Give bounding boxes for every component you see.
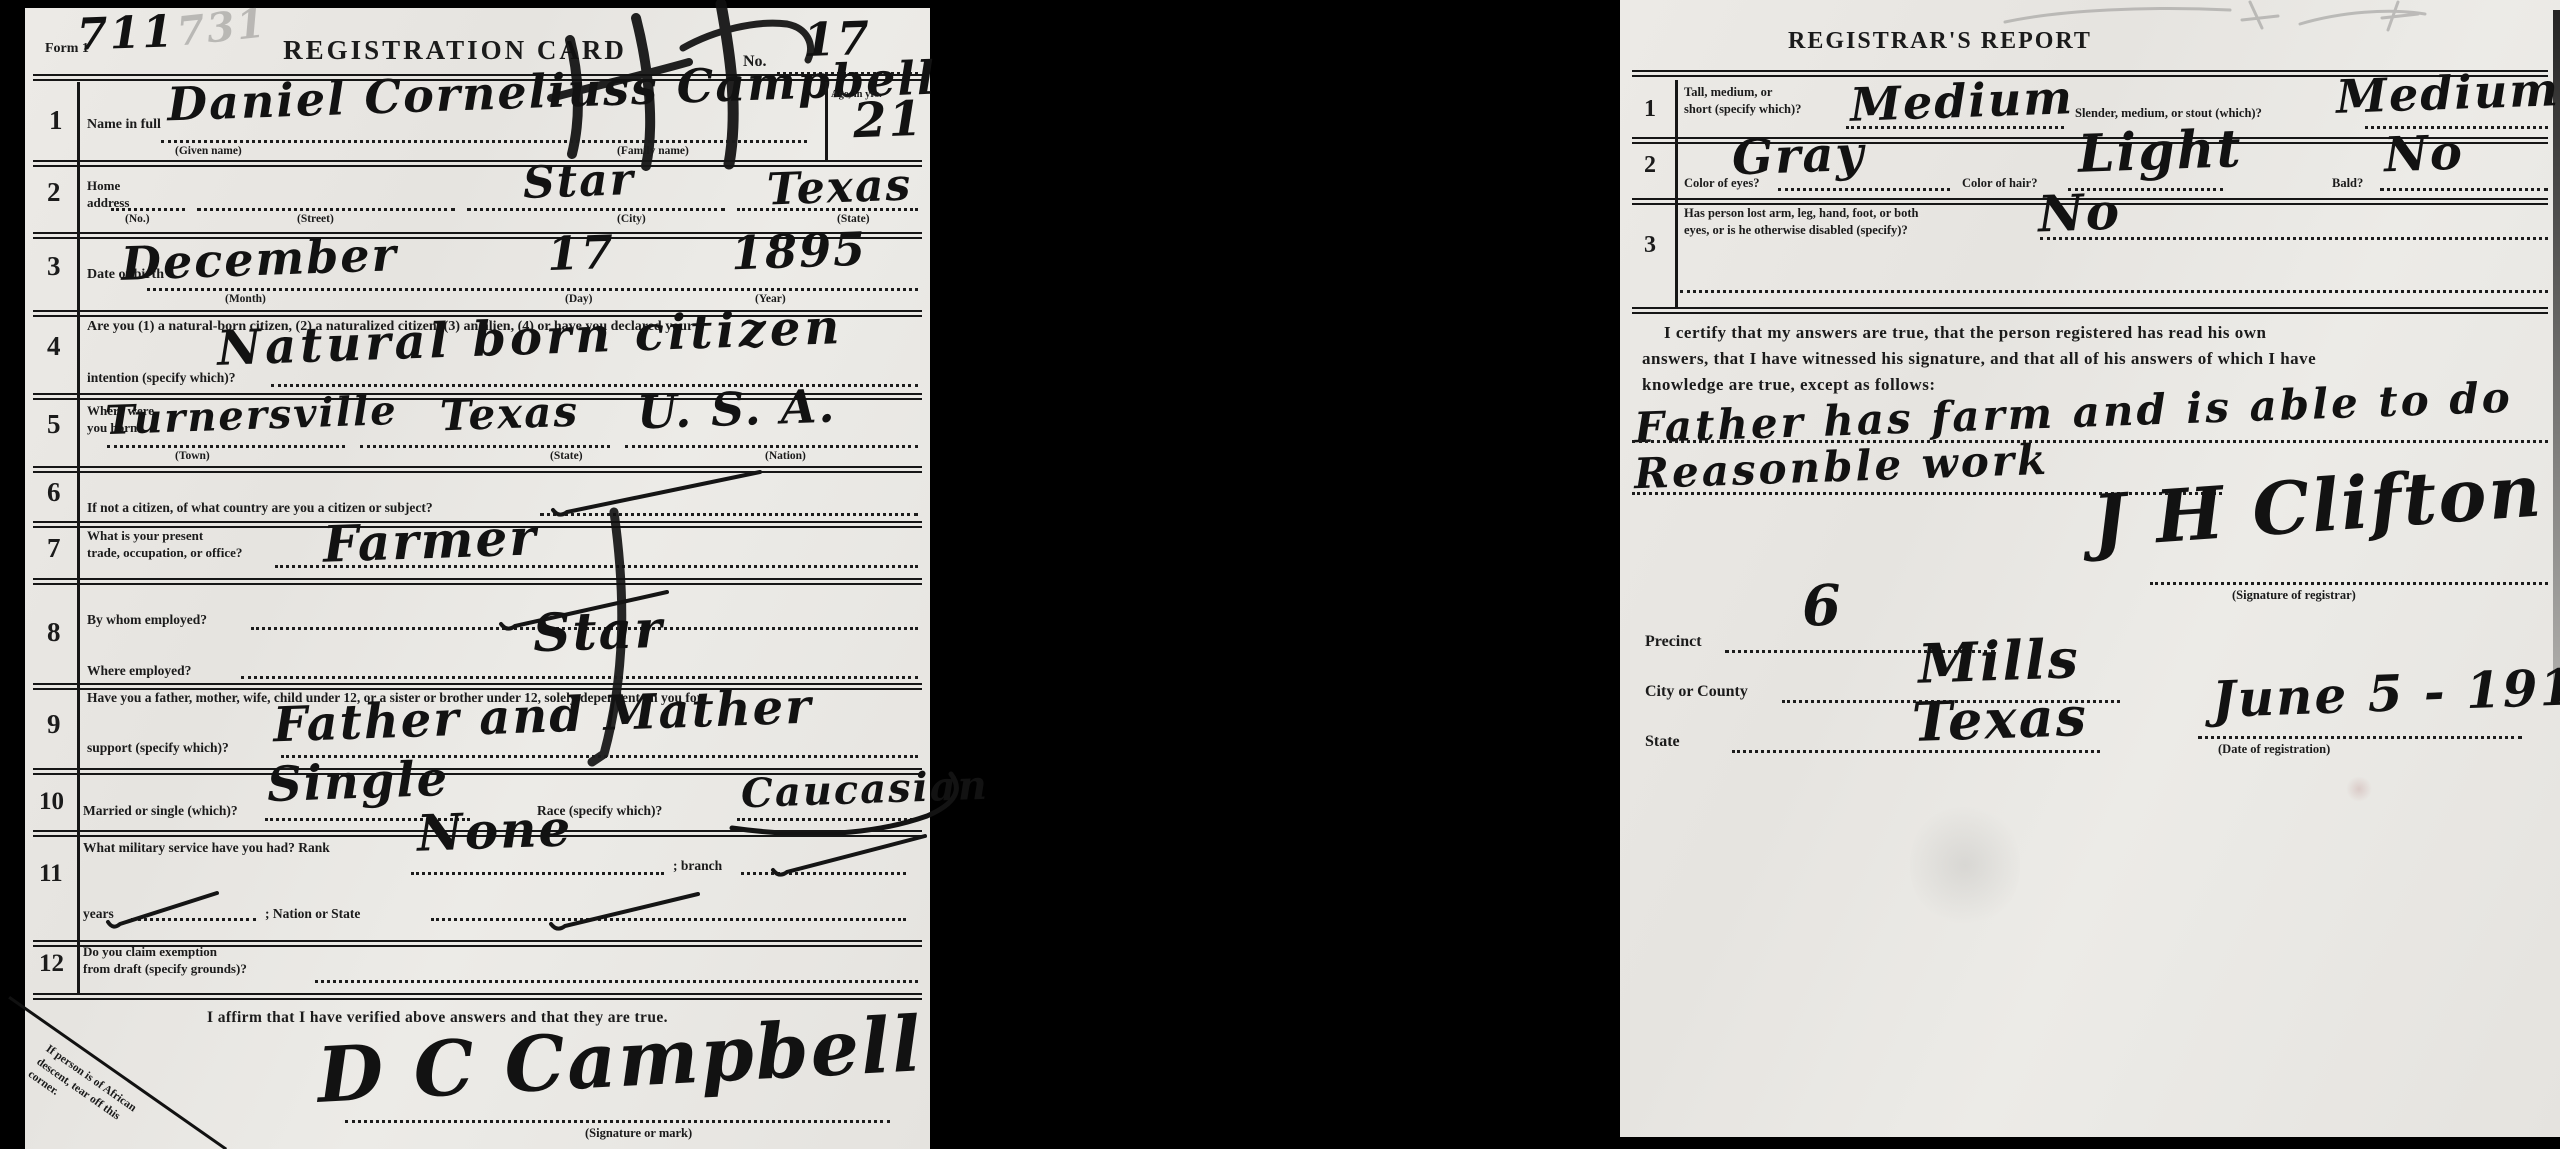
row2-label-line1: Home (87, 178, 120, 194)
row2-sub-street: (Street) (297, 212, 334, 226)
report-row3-disabled-handwritten: No (2037, 187, 2122, 240)
city-county-label: City or County (1645, 682, 1748, 702)
row2-city-handwritten: Star (522, 158, 635, 206)
report-row1-label-line2: short (specify which)? (1684, 102, 1801, 118)
precinct-value-handwritten: 6 (1801, 577, 1844, 634)
state-label: State (1645, 732, 1680, 752)
row3-month-handwritten: December (120, 231, 398, 287)
row5-nation-handwritten: U. S. A. (636, 383, 837, 436)
row12-label-line1: Do you claim exemption (83, 944, 217, 960)
row5-town-handwritten: Turnersville (104, 391, 398, 441)
row2-state-handwritten: Texas (766, 163, 913, 212)
row12-number: 12 (39, 948, 64, 979)
row3-number: 3 (47, 250, 61, 284)
row1-label: Name in full (87, 116, 161, 134)
row-divider (33, 466, 922, 473)
report-row3-label-line2: eyes, or is he otherwise disabled (speci… (1684, 223, 1908, 239)
row11-label-branch: ; branch (673, 858, 722, 875)
row7-number: 7 (47, 532, 61, 566)
row12-label-line2: from draft (specify grounds)? (83, 961, 247, 977)
row11-blank-rank (411, 872, 664, 875)
report-row1-stout-handwritten: Medium (2335, 66, 2560, 120)
row2-blank-no (111, 208, 185, 211)
row2-blank-city (467, 208, 725, 211)
row2-blank-street (197, 208, 455, 211)
row9-number: 9 (47, 708, 61, 742)
row8-number: 8 (47, 616, 61, 650)
report-row3-extra-blank (1680, 290, 2548, 293)
row11-rank-handwritten: None (416, 803, 573, 858)
row11-label-nation: ; Nation or State (265, 906, 360, 923)
date-of-registration-handwritten: June 5 - 1917 (2211, 661, 2560, 725)
row11-label-rank: What military service have you had? Rank (83, 840, 330, 857)
report-row2-bald-handwritten: No (2383, 129, 2465, 180)
row3-sub-day: (Day) (565, 292, 592, 306)
row5-number: 5 (47, 408, 61, 442)
report-row2-number: 2 (1644, 150, 1656, 180)
row-divider (1632, 307, 2548, 314)
row7-label-line1: What is your present (87, 528, 203, 544)
age-value-handwritten: 21 (852, 95, 924, 145)
scan-smudge (2346, 776, 2372, 802)
report-row2-eyes-handwritten: Gray (1731, 130, 1866, 183)
row7-trade-handwritten: Farmer (322, 512, 538, 569)
row9-label-line2: support (specify which)? (87, 740, 229, 757)
exception-blank-line1 (1632, 440, 2548, 443)
exception-handwritten-line2: Reasonble work (1633, 439, 2049, 495)
certification-line3: knowledge are true, except as follows: (1642, 374, 1935, 395)
report-row1-build-handwritten: Medium (1849, 74, 2074, 128)
row3-blank-line (147, 288, 918, 291)
report-row2-hair-handwritten: Light (2077, 123, 2243, 181)
corner-note: If person is of African descent, tear of… (24, 1042, 147, 1148)
registrar-signature-label: (Signature of registrar) (2232, 588, 2356, 604)
row10-married-handwritten: Single (266, 755, 450, 809)
registration-card: Form 1 711 731 REGISTRATION CARD No. 17 … (25, 8, 930, 1149)
row1-blank-line (161, 140, 807, 143)
serial-number-handwritten: 711 (76, 10, 175, 57)
row5-blank-nation (625, 445, 918, 448)
row10-label-married: Married or single (which)? (83, 803, 238, 820)
row4-number: 4 (47, 330, 61, 364)
registrar-signature-blank (2150, 582, 2548, 585)
signature-blank-line (345, 1120, 890, 1123)
certification-line1: I certify that my answers are true, that… (1642, 322, 2266, 343)
number-column-line (77, 82, 80, 993)
report-row2-blank-bald (2380, 188, 2548, 191)
check-stroke-icon (103, 888, 223, 930)
report-row2-label-hair: Color of hair? (1962, 176, 2037, 192)
row5-blank-town (107, 445, 345, 448)
row6-number: 6 (47, 476, 61, 510)
row8-label-by: By whom employed? (87, 612, 207, 629)
age-box-line (825, 82, 828, 160)
row5-sub-state: (State) (550, 449, 583, 463)
date-of-registration-label: (Date of registration) (2218, 742, 2330, 758)
row3-day-handwritten: 17 (546, 229, 616, 277)
row8-label-where: Where employed? (87, 663, 191, 680)
row5-blank-state (360, 445, 610, 448)
registrar-signature-handwritten: J H Clifton (2090, 454, 2545, 557)
report-row2-blank-eyes (1778, 188, 1950, 191)
report-row3-number: 3 (1644, 230, 1656, 260)
check-stroke-icon (545, 888, 705, 932)
row2-number: 2 (47, 176, 61, 210)
row7-label-line2: trade, occupation, or office? (87, 545, 242, 561)
row5-sub-town: (Town) (175, 449, 210, 463)
date-blank (2198, 736, 2522, 739)
precinct-label: Precinct (1645, 632, 1702, 652)
row3-sub-month: (Month) (225, 292, 266, 306)
row11-number: 11 (39, 858, 63, 889)
number-column-line (1675, 80, 1678, 307)
report-title: REGISTRAR'S REPORT (1770, 26, 2110, 56)
scanned-draft-card: Form 1 711 731 REGISTRATION CARD No. 17 … (0, 0, 2560, 1149)
row5-state-handwritten: Texas (439, 391, 579, 438)
row5-sub-nation: (Nation) (765, 449, 806, 463)
row4-label-line2: intention (specify which)? (87, 370, 236, 387)
row-divider (33, 993, 922, 1000)
report-row1-number: 1 (1644, 94, 1656, 124)
row-divider (33, 578, 922, 585)
state-value-handwritten: Texas (1911, 689, 2089, 749)
certification-line2: answers, that I have witnessed his signa… (1642, 348, 2316, 369)
report-row1-label-line1: Tall, medium, or (1684, 85, 1772, 101)
row10-number: 10 (39, 786, 64, 817)
row12-blank-line (315, 980, 918, 983)
scan-edge-shadow (2553, 10, 2560, 700)
registrars-report-card: REGISTRAR'S REPORT 1 Tall, medium, or sh… (1620, 0, 2560, 1137)
signature-label: (Signature or mark) (585, 1126, 692, 1142)
row2-sub-city: (City) (617, 212, 646, 226)
report-row2-label-bald: Bald? (2332, 176, 2363, 192)
report-row3-label-line1: Has person lost arm, leg, hand, foot, or… (1684, 206, 1919, 222)
check-stroke-icon (767, 830, 932, 878)
row8-blank-where (241, 676, 918, 679)
scan-smudge (1910, 800, 2020, 930)
row3-year-handwritten: 1895 (730, 226, 868, 277)
city-county-value-handwritten: Mills (1917, 631, 2081, 691)
row2-sub-no: (No.) (125, 212, 150, 226)
row8-where-handwritten: Star (532, 604, 664, 661)
row1-sub-given: (Given name) (175, 144, 242, 158)
row1-number: 1 (49, 104, 63, 138)
